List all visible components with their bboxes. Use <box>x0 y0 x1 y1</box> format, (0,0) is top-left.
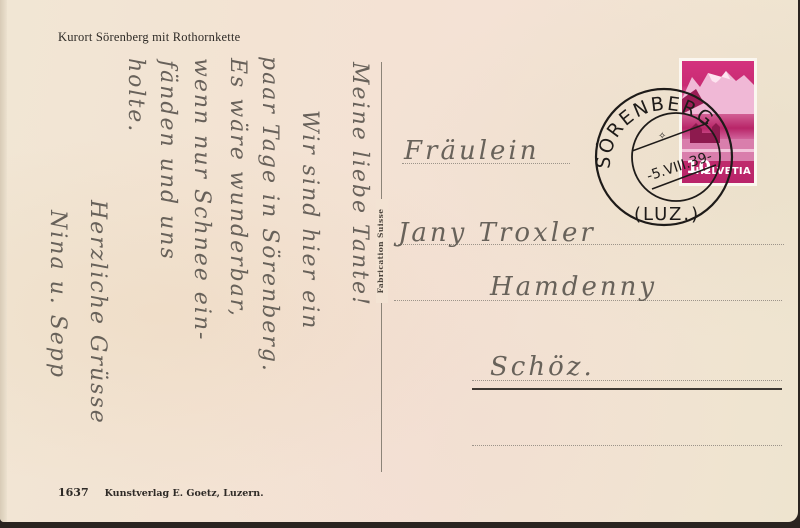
svg-text:✧: ✧ <box>658 131 666 142</box>
message-line: holte. <box>123 58 148 133</box>
address-name: Jany Troxler <box>398 218 596 248</box>
message-line: fänden und uns <box>155 60 180 261</box>
postcard-back: Kurort Sörenberg mit Rothornkette 1637 K… <box>0 0 798 522</box>
message-line: Nina u. Sepp <box>45 210 70 379</box>
address-rule <box>472 445 782 446</box>
message-line: Herzliche Grüsse <box>85 200 110 425</box>
message-line: Wir sind hier ein <box>297 110 322 330</box>
address-salutation: Fräulein <box>404 136 539 166</box>
message-line: paar Tage in Sörenberg. <box>257 56 282 373</box>
card-edge <box>0 0 7 522</box>
address-street: Hamdenny <box>490 272 657 302</box>
postmark-canton: (LUZ.) <box>634 204 700 225</box>
message-line: Meine liebe Tante! <box>347 62 372 307</box>
publisher-imprint: 1637 Kunstverlag E. Goetz, Luzern. <box>58 486 264 499</box>
publisher-name: Kunstverlag E. Goetz, Luzern. <box>105 488 264 499</box>
address-underline <box>472 388 782 390</box>
message-line: wenn nur Schnee ein- <box>189 58 214 341</box>
card-number: 1637 <box>58 486 89 499</box>
address-city: Schöz. <box>490 352 595 382</box>
postmark-cancellation: SÖRENBERG (LUZ.) -5.VIII.39- ✧ <box>592 85 736 229</box>
message-line: Es wäre wunderbar, <box>225 58 250 318</box>
fabrication-note: Fabrication Suisse <box>376 199 388 303</box>
picture-caption: Kurort Sörenberg mit Rothornkette <box>58 30 240 45</box>
